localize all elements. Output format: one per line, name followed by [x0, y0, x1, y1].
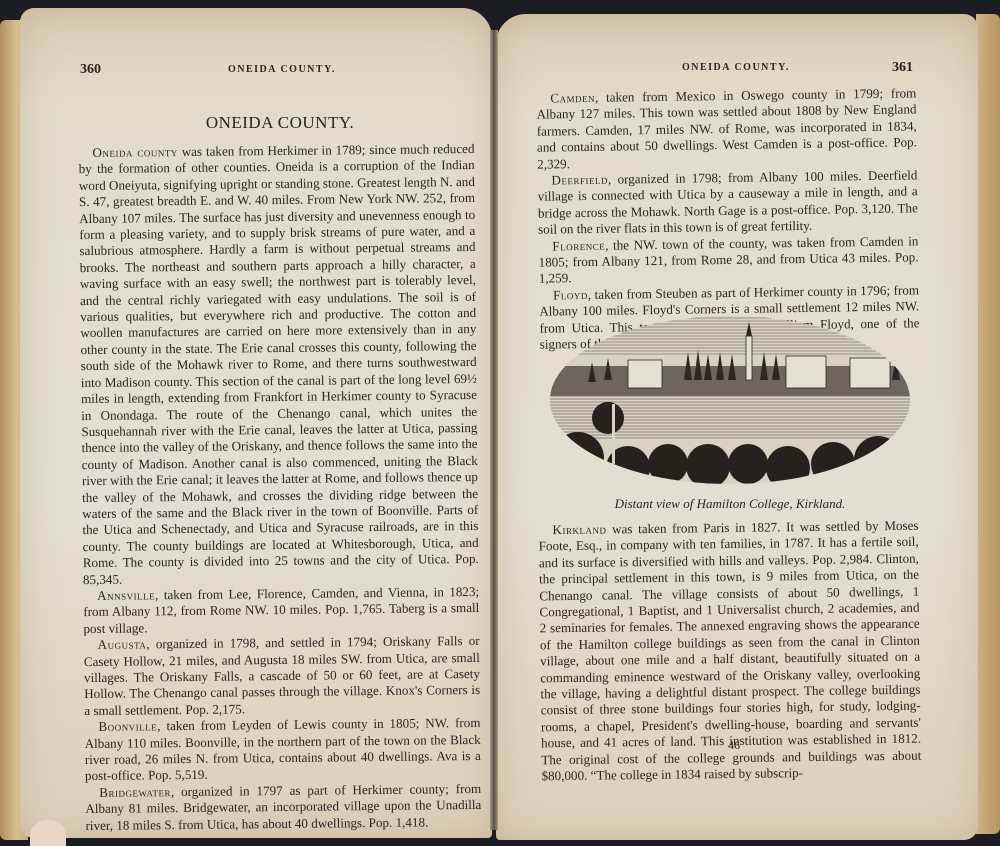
page-number-right: 361: [892, 60, 913, 76]
signature-mark: 46: [728, 738, 740, 753]
entry-heading: Oneida county: [92, 144, 177, 160]
entry-heading: Augusta: [98, 637, 147, 653]
paragraph-annsville: Annsville, taken from Lee, Florence, Cam…: [83, 584, 479, 637]
left-page-text: Oneida county was taken from Herkimer in…: [78, 141, 481, 834]
entry-heading: Bridgewater: [99, 784, 171, 800]
paragraph-augusta: Augusta, organized in 1798, and settled …: [84, 633, 481, 719]
paragraph-bridgewater: Bridgewater, organized in 1797 as part o…: [85, 781, 481, 834]
paragraph-boonville: Boonville, taken from Leyden of Lewis co…: [84, 715, 481, 785]
paragraph-deerfield: Deerfield, organized in 1798; from Alban…: [537, 167, 918, 238]
paragraph-camden: Camden, taken from Mexico in Oswego coun…: [536, 85, 917, 172]
running-head-left: ONEIDA COUNTY.: [228, 64, 336, 75]
entry-heading: Annsville: [97, 587, 155, 603]
thumb: [30, 820, 66, 846]
entry-heading: Boonville: [98, 719, 157, 735]
entry-heading: Kirkland: [552, 522, 606, 538]
book-fore-edge-right: [976, 14, 1000, 834]
book-gutter: [490, 30, 498, 830]
entry-heading: Floyd: [553, 287, 588, 302]
paragraph-oneida: Oneida county was taken from Herkimer in…: [78, 141, 479, 588]
entry-heading: Florence: [552, 237, 605, 253]
engraving-hamilton-college-icon: [548, 308, 912, 486]
paragraph-florence: Florence, the NW. town of the county, wa…: [538, 233, 919, 288]
running-head-right: ONEIDA COUNTY.: [682, 62, 790, 73]
entry-heading: Deerfield: [551, 172, 608, 188]
page-number-left: 360: [80, 62, 101, 78]
entry-heading: Camden: [550, 90, 595, 106]
illustration-caption: Distant view of Hamilton College, Kirkla…: [548, 496, 912, 512]
chapter-title: ONEIDA COUNTY.: [80, 113, 480, 133]
